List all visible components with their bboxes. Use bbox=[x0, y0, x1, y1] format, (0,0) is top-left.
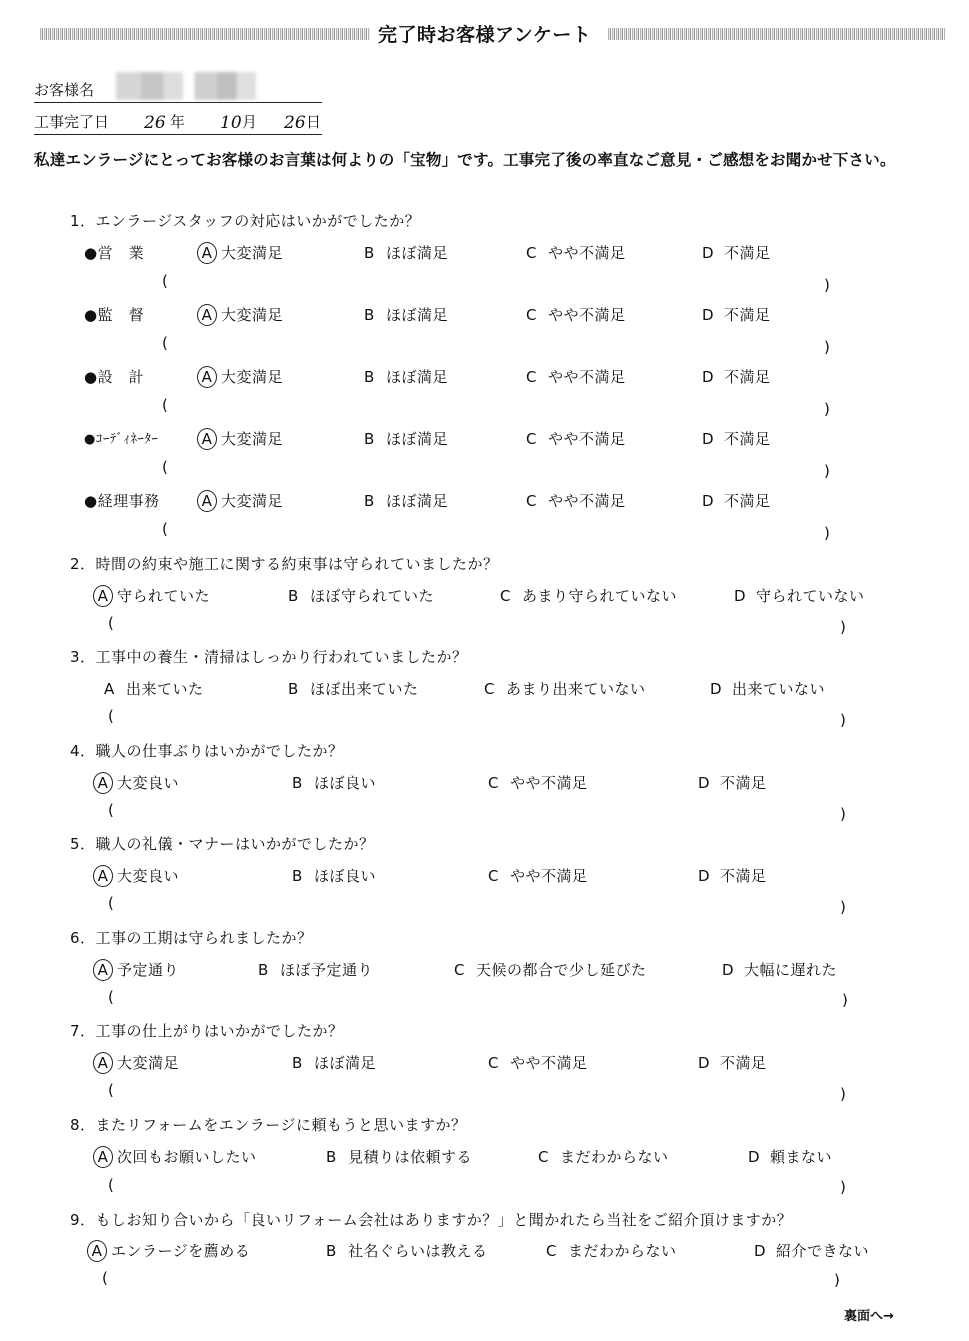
comment-close-paren: ) bbox=[840, 618, 846, 636]
option-letter: C bbox=[454, 961, 476, 979]
question-number: 4． bbox=[70, 742, 96, 760]
question-text: またリフォームをエンラージに頼もうと思いますか？ bbox=[96, 1116, 467, 1134]
option-letter: B bbox=[292, 1054, 314, 1072]
subitem-label-accounting: ●経理事務 bbox=[84, 490, 160, 511]
option-d[interactable]: D出来ていない bbox=[710, 678, 825, 699]
option-d[interactable]: D紹介できない bbox=[754, 1240, 869, 1261]
option-label: ほぼ良い bbox=[314, 867, 376, 885]
option-b[interactable]: B社名ぐらいは教える bbox=[326, 1240, 488, 1261]
comment-close-paren: ) bbox=[824, 276, 830, 294]
option-letter: C bbox=[546, 1242, 568, 1260]
option-letter: B bbox=[258, 961, 280, 979]
option-b[interactable]: Bほぼ満足 bbox=[364, 428, 448, 449]
option-d[interactable]: D不満足 bbox=[702, 490, 771, 511]
option-d[interactable]: D大幅に遅れた bbox=[722, 959, 837, 980]
completion-date-label: 工事完了日 bbox=[34, 111, 109, 132]
comment-field[interactable] bbox=[124, 1179, 834, 1195]
option-label: ほぼ予定通り bbox=[280, 961, 373, 979]
option-d[interactable]: D不満足 bbox=[698, 1052, 767, 1073]
option-label: 大変満足 bbox=[221, 244, 283, 262]
question-text: 職人の仕事ぶりはいかがでしたか？ bbox=[96, 742, 344, 760]
option-a-selected[interactable]: A大変良い bbox=[96, 865, 179, 887]
option-c[interactable]: Cやや不満足 bbox=[488, 772, 588, 793]
option-d[interactable]: D不満足 bbox=[702, 428, 771, 449]
question-5: 5．職人の礼儀・マナーはいかがでしたか？ bbox=[70, 833, 375, 854]
option-letter: D bbox=[702, 244, 724, 262]
intro-text: 私達エンラージにとってお客様のお言葉は何よりの「宝物」です。工事完了後の率直なご… bbox=[34, 148, 896, 170]
option-a-selected[interactable]: Aエンラージを薦める bbox=[90, 1240, 250, 1262]
option-a-selected[interactable]: A次回もお願いしたい bbox=[96, 1146, 257, 1168]
circled-letter: A bbox=[197, 242, 217, 264]
option-letter: D bbox=[698, 867, 720, 885]
question-number: 6． bbox=[70, 929, 96, 947]
option-letter: D bbox=[698, 774, 720, 792]
question-text: 工事の工期は守られましたか？ bbox=[96, 929, 313, 947]
option-letter: B bbox=[364, 430, 386, 448]
comment-open-paren: ( bbox=[162, 458, 168, 476]
option-label: 大変良い bbox=[117, 774, 179, 792]
option-label: 不満足 bbox=[724, 430, 771, 448]
option-letter: D bbox=[702, 492, 724, 510]
next-page-note: 裏面へ→ bbox=[844, 1305, 894, 1324]
comment-close-paren: ) bbox=[840, 1178, 846, 1196]
question-text: 時間の約束や施工に関する約束事は守られていましたか？ bbox=[96, 555, 499, 573]
option-label: やや不満足 bbox=[548, 492, 626, 510]
circled-letter: A bbox=[87, 1240, 107, 1262]
option-c[interactable]: Cやや不満足 bbox=[526, 428, 626, 449]
title-row: 完了時お客様アンケート bbox=[40, 20, 945, 46]
question-number: 2． bbox=[70, 555, 96, 573]
option-a-selected[interactable]: A守られていた bbox=[96, 585, 210, 607]
option-letter: B bbox=[288, 680, 310, 698]
option-d[interactable]: D守られていない bbox=[734, 585, 865, 606]
option-letter: D bbox=[698, 1054, 720, 1072]
question-7: 7．工事の仕上がりはいかがでしたか？ bbox=[70, 1020, 344, 1041]
option-label: 見積りは依頼する bbox=[348, 1148, 472, 1166]
option-letter: D bbox=[754, 1242, 776, 1260]
option-letter: B bbox=[364, 368, 386, 386]
option-label: ほぼ満足 bbox=[386, 306, 448, 324]
question-2: 2．時間の約束や施工に関する約束事は守られていましたか？ bbox=[70, 553, 499, 574]
option-c[interactable]: Cやや不満足 bbox=[488, 865, 588, 886]
option-letter: C bbox=[488, 867, 510, 885]
option-label: 大幅に遅れた bbox=[744, 961, 837, 979]
question-4: 4．職人の仕事ぶりはいかがでしたか？ bbox=[70, 740, 344, 761]
comment-field[interactable] bbox=[124, 617, 834, 633]
comment-close-paren: ) bbox=[834, 1271, 840, 1289]
circled-letter: A bbox=[93, 1146, 113, 1168]
option-label: やや不満足 bbox=[510, 867, 588, 885]
comment-open-paren: ( bbox=[108, 894, 114, 912]
comment-field[interactable] bbox=[124, 804, 834, 820]
circled-letter: A bbox=[197, 366, 217, 388]
circled-letter: A bbox=[197, 428, 217, 450]
comment-field[interactable] bbox=[180, 275, 820, 291]
question-text: 職人の礼儀・マナーはいかがでしたか？ bbox=[96, 835, 375, 853]
comment-close-paren: ) bbox=[840, 711, 846, 729]
option-letter: D bbox=[710, 680, 732, 698]
option-letter: D bbox=[702, 430, 724, 448]
option-label: まだわからない bbox=[560, 1148, 669, 1166]
comment-close-paren: ) bbox=[842, 991, 848, 1009]
question-1: 1．エンラージスタッフの対応はいかがでしたか？ bbox=[70, 210, 420, 231]
option-letter: C bbox=[484, 680, 506, 698]
option-letter: B bbox=[292, 867, 314, 885]
question-number: 1． bbox=[70, 212, 96, 230]
option-label: やや不満足 bbox=[548, 306, 626, 324]
comment-close-paren: ) bbox=[824, 462, 830, 480]
subitem-label-coordinator: ●ｺｰﾃﾞｨﾈｰﾀｰ bbox=[84, 428, 158, 447]
option-label: 不満足 bbox=[724, 368, 771, 386]
option-label: 不満足 bbox=[724, 244, 771, 262]
option-label: まだわからない bbox=[568, 1242, 677, 1260]
comment-close-paren: ) bbox=[824, 524, 830, 542]
option-b[interactable]: Bほぼ満足 bbox=[292, 1052, 376, 1073]
option-a-selected[interactable]: A大変満足 bbox=[200, 304, 283, 326]
comment-field[interactable] bbox=[180, 399, 820, 415]
option-letter: C bbox=[526, 492, 548, 510]
option-label: 次回もお願いしたい bbox=[117, 1148, 257, 1166]
option-c[interactable]: Cあまり出来ていない bbox=[484, 678, 646, 699]
question-number: 3． bbox=[70, 648, 96, 666]
circled-letter: A bbox=[93, 772, 113, 794]
option-b[interactable]: Bほぼ守られていた bbox=[288, 585, 434, 606]
question-text: エンラージスタッフの対応はいかがでしたか？ bbox=[96, 212, 421, 230]
option-a-selected[interactable]: A大変良い bbox=[96, 772, 179, 794]
option-letter: D bbox=[702, 306, 724, 324]
subitem-label-sales: ●営 業 bbox=[84, 242, 144, 263]
question-3: 3．工事中の養生・清掃はしっかり行われていましたか？ bbox=[70, 646, 468, 667]
option-label: 不満足 bbox=[720, 774, 767, 792]
subitem-label-supervisor: ●監 督 bbox=[84, 304, 144, 325]
option-letter: B bbox=[326, 1148, 348, 1166]
customer-name-label: お客様名 bbox=[34, 79, 94, 100]
option-label: 頼まない bbox=[770, 1148, 832, 1166]
option-b[interactable]: Bほぼ出来ていた bbox=[288, 678, 419, 699]
option-label: 天候の都合で少し延びた bbox=[476, 961, 647, 979]
option-d[interactable]: D不満足 bbox=[698, 865, 767, 886]
option-letter: D bbox=[722, 961, 744, 979]
comment-open-paren: ( bbox=[108, 614, 114, 632]
option-letter: C bbox=[500, 587, 522, 605]
comment-open-paren: ( bbox=[162, 334, 168, 352]
redacted-customer-name bbox=[116, 72, 256, 100]
page-title: 完了時お客様アンケート bbox=[378, 20, 591, 47]
option-label: やや不満足 bbox=[510, 1054, 588, 1072]
option-label: やや不満足 bbox=[548, 244, 626, 262]
question-number: 5． bbox=[70, 835, 96, 853]
option-label: あまり出来ていない bbox=[506, 680, 646, 698]
option-letter: B bbox=[364, 244, 386, 262]
year-unit: 年 bbox=[170, 111, 185, 132]
option-letter: C bbox=[526, 244, 548, 262]
circled-letter: A bbox=[93, 1052, 113, 1074]
option-a-selected[interactable]: A大変満足 bbox=[200, 366, 283, 388]
option-a-selected[interactable]: A大変満足 bbox=[200, 242, 283, 264]
comment-open-paren: ( bbox=[162, 272, 168, 290]
option-letter: C bbox=[526, 368, 548, 386]
option-a[interactable]: A出来ていた bbox=[104, 678, 204, 699]
option-label: 不満足 bbox=[724, 306, 771, 324]
customer-name-field[interactable]: お客様名 bbox=[34, 80, 322, 103]
option-label: ほぼ良い bbox=[314, 774, 376, 792]
option-label: 守られていた bbox=[117, 587, 210, 605]
comment-close-paren: ) bbox=[840, 805, 846, 823]
month-value: 10 bbox=[220, 113, 242, 133]
option-c[interactable]: Cまだわからない bbox=[538, 1146, 669, 1167]
option-letter: B bbox=[364, 492, 386, 510]
option-c[interactable]: Cまだわからない bbox=[546, 1240, 677, 1261]
option-label: 出来ていた bbox=[126, 680, 204, 698]
question-text: 工事の仕上がりはいかがでしたか？ bbox=[96, 1022, 344, 1040]
option-a-selected[interactable]: A大変満足 bbox=[200, 490, 283, 512]
option-letter: B bbox=[326, 1242, 348, 1260]
option-letter: C bbox=[526, 430, 548, 448]
option-letter: D bbox=[702, 368, 724, 386]
option-label: エンラージを薦める bbox=[111, 1242, 250, 1260]
option-label: やや不満足 bbox=[548, 430, 626, 448]
comment-open-paren: ( bbox=[102, 1269, 108, 1287]
comment-field[interactable] bbox=[180, 523, 820, 539]
circled-letter: A bbox=[93, 585, 113, 607]
question-text: もしお知り合いから「良いリフォーム会社はありますか？」と聞かれたら当社をご紹介頂… bbox=[96, 1211, 793, 1229]
option-c[interactable]: Cやや不満足 bbox=[526, 490, 626, 511]
comment-open-paren: ( bbox=[162, 396, 168, 414]
option-c[interactable]: Cやや不満足 bbox=[526, 366, 626, 387]
comment-field[interactable] bbox=[124, 710, 834, 726]
redacted-header-left bbox=[40, 28, 370, 40]
completion-date-field[interactable]: 工事完了日 26 年 10 月 26 日 bbox=[34, 112, 322, 135]
option-a-selected[interactable]: A大変満足 bbox=[200, 428, 283, 450]
option-letter: C bbox=[526, 306, 548, 324]
option-label: 大変満足 bbox=[221, 306, 283, 324]
option-d[interactable]: D不満足 bbox=[698, 772, 767, 793]
comment-close-paren: ) bbox=[824, 400, 830, 418]
question-9: 9．もしお知り合いから「良いリフォーム会社はありますか？」と聞かれたら当社をご紹… bbox=[70, 1209, 792, 1230]
comment-open-paren: ( bbox=[108, 801, 114, 819]
option-label: 大変満足 bbox=[221, 368, 283, 386]
option-label: やや不満足 bbox=[548, 368, 626, 386]
option-label: ほぼ満足 bbox=[386, 430, 448, 448]
comment-field[interactable] bbox=[124, 897, 834, 913]
question-text: 工事中の養生・清掃はしっかり行われていましたか？ bbox=[96, 648, 468, 666]
option-label: 予定通り bbox=[117, 961, 179, 979]
option-c[interactable]: Cやや不満足 bbox=[526, 242, 626, 263]
year-value: 26 bbox=[144, 113, 166, 133]
month-unit: 月 bbox=[242, 111, 257, 132]
question-8: 8．またリフォームをエンラージに頼もうと思いますか？ bbox=[70, 1114, 467, 1135]
option-label: 不満足 bbox=[724, 492, 771, 510]
option-c[interactable]: C天候の都合で少し延びた bbox=[454, 959, 647, 980]
option-b[interactable]: B見積りは依頼する bbox=[326, 1146, 472, 1167]
option-label: 紹介できない bbox=[776, 1242, 869, 1260]
day-value: 26 bbox=[284, 113, 306, 133]
question-number: 8． bbox=[70, 1116, 96, 1134]
option-label: ほぼ満足 bbox=[386, 244, 448, 262]
comment-open-paren: ( bbox=[108, 707, 114, 725]
option-letter: D bbox=[748, 1148, 770, 1166]
comment-field[interactable] bbox=[124, 1084, 834, 1100]
redacted-header-right bbox=[608, 28, 945, 40]
comment-open-paren: ( bbox=[162, 520, 168, 538]
comment-field[interactable] bbox=[124, 991, 834, 1007]
option-label: 不満足 bbox=[720, 1054, 767, 1072]
option-c[interactable]: Cやや不満足 bbox=[488, 1052, 588, 1073]
option-a-selected[interactable]: A大変満足 bbox=[96, 1052, 179, 1074]
option-label: ほぼ満足 bbox=[386, 492, 448, 510]
question-number: 9． bbox=[70, 1211, 96, 1229]
question-number: 7． bbox=[70, 1022, 96, 1040]
comment-field[interactable] bbox=[180, 337, 820, 353]
option-label: あまり守られていない bbox=[522, 587, 677, 605]
comment-open-paren: ( bbox=[108, 1081, 114, 1099]
option-label: ほぼ出来ていた bbox=[310, 680, 419, 698]
question-6: 6．工事の工期は守られましたか？ bbox=[70, 927, 313, 948]
option-b[interactable]: Bほぼ満足 bbox=[364, 242, 448, 263]
option-label: ほぼ満足 bbox=[386, 368, 448, 386]
day-unit: 日 bbox=[306, 111, 321, 132]
comment-close-paren: ) bbox=[840, 1085, 846, 1103]
option-label: ほぼ満足 bbox=[314, 1054, 376, 1072]
option-label: 大変満足 bbox=[221, 430, 283, 448]
option-label: ほぼ守られていた bbox=[310, 587, 434, 605]
option-letter: C bbox=[538, 1148, 560, 1166]
option-d[interactable]: D不満足 bbox=[702, 366, 771, 387]
option-c[interactable]: Cあまり守られていない bbox=[500, 585, 677, 606]
option-letter: B bbox=[364, 306, 386, 324]
option-b[interactable]: Bほぼ良い bbox=[292, 772, 376, 793]
option-d[interactable]: D不満足 bbox=[702, 304, 771, 325]
circled-letter: A bbox=[93, 959, 113, 981]
option-b[interactable]: Bほぼ予定通り bbox=[258, 959, 373, 980]
option-letter: C bbox=[488, 1054, 510, 1072]
option-label: 社名ぐらいは教える bbox=[348, 1242, 488, 1260]
comment-field[interactable] bbox=[180, 461, 820, 477]
option-b[interactable]: Bほぼ良い bbox=[292, 865, 376, 886]
option-letter: A bbox=[104, 680, 126, 698]
option-d[interactable]: D不満足 bbox=[702, 242, 771, 263]
comment-close-paren: ) bbox=[840, 898, 846, 916]
option-c[interactable]: Cやや不満足 bbox=[526, 304, 626, 325]
option-label: 大変満足 bbox=[117, 1054, 179, 1072]
option-letter: C bbox=[488, 774, 510, 792]
option-b[interactable]: Bほぼ満足 bbox=[364, 366, 448, 387]
option-label: 守られていない bbox=[756, 587, 865, 605]
option-letter: B bbox=[288, 587, 310, 605]
option-b[interactable]: Bほぼ満足 bbox=[364, 490, 448, 511]
option-label: やや不満足 bbox=[510, 774, 588, 792]
circled-letter: A bbox=[197, 304, 217, 326]
option-letter: B bbox=[292, 774, 314, 792]
option-label: 大変満足 bbox=[221, 492, 283, 510]
option-label: 不満足 bbox=[720, 867, 767, 885]
option-label: 出来ていない bbox=[732, 680, 825, 698]
comment-close-paren: ) bbox=[824, 338, 830, 356]
comment-field[interactable] bbox=[118, 1272, 830, 1288]
option-d[interactable]: D頼まない bbox=[748, 1146, 832, 1167]
option-label: 大変良い bbox=[117, 867, 179, 885]
option-letter: D bbox=[734, 587, 756, 605]
option-a-selected[interactable]: A予定通り bbox=[96, 959, 179, 981]
circled-letter: A bbox=[93, 865, 113, 887]
option-b[interactable]: Bほぼ満足 bbox=[364, 304, 448, 325]
comment-open-paren: ( bbox=[108, 988, 114, 1006]
circled-letter: A bbox=[197, 490, 217, 512]
comment-open-paren: ( bbox=[108, 1176, 114, 1194]
subitem-label-design: ●設 計 bbox=[84, 366, 144, 387]
